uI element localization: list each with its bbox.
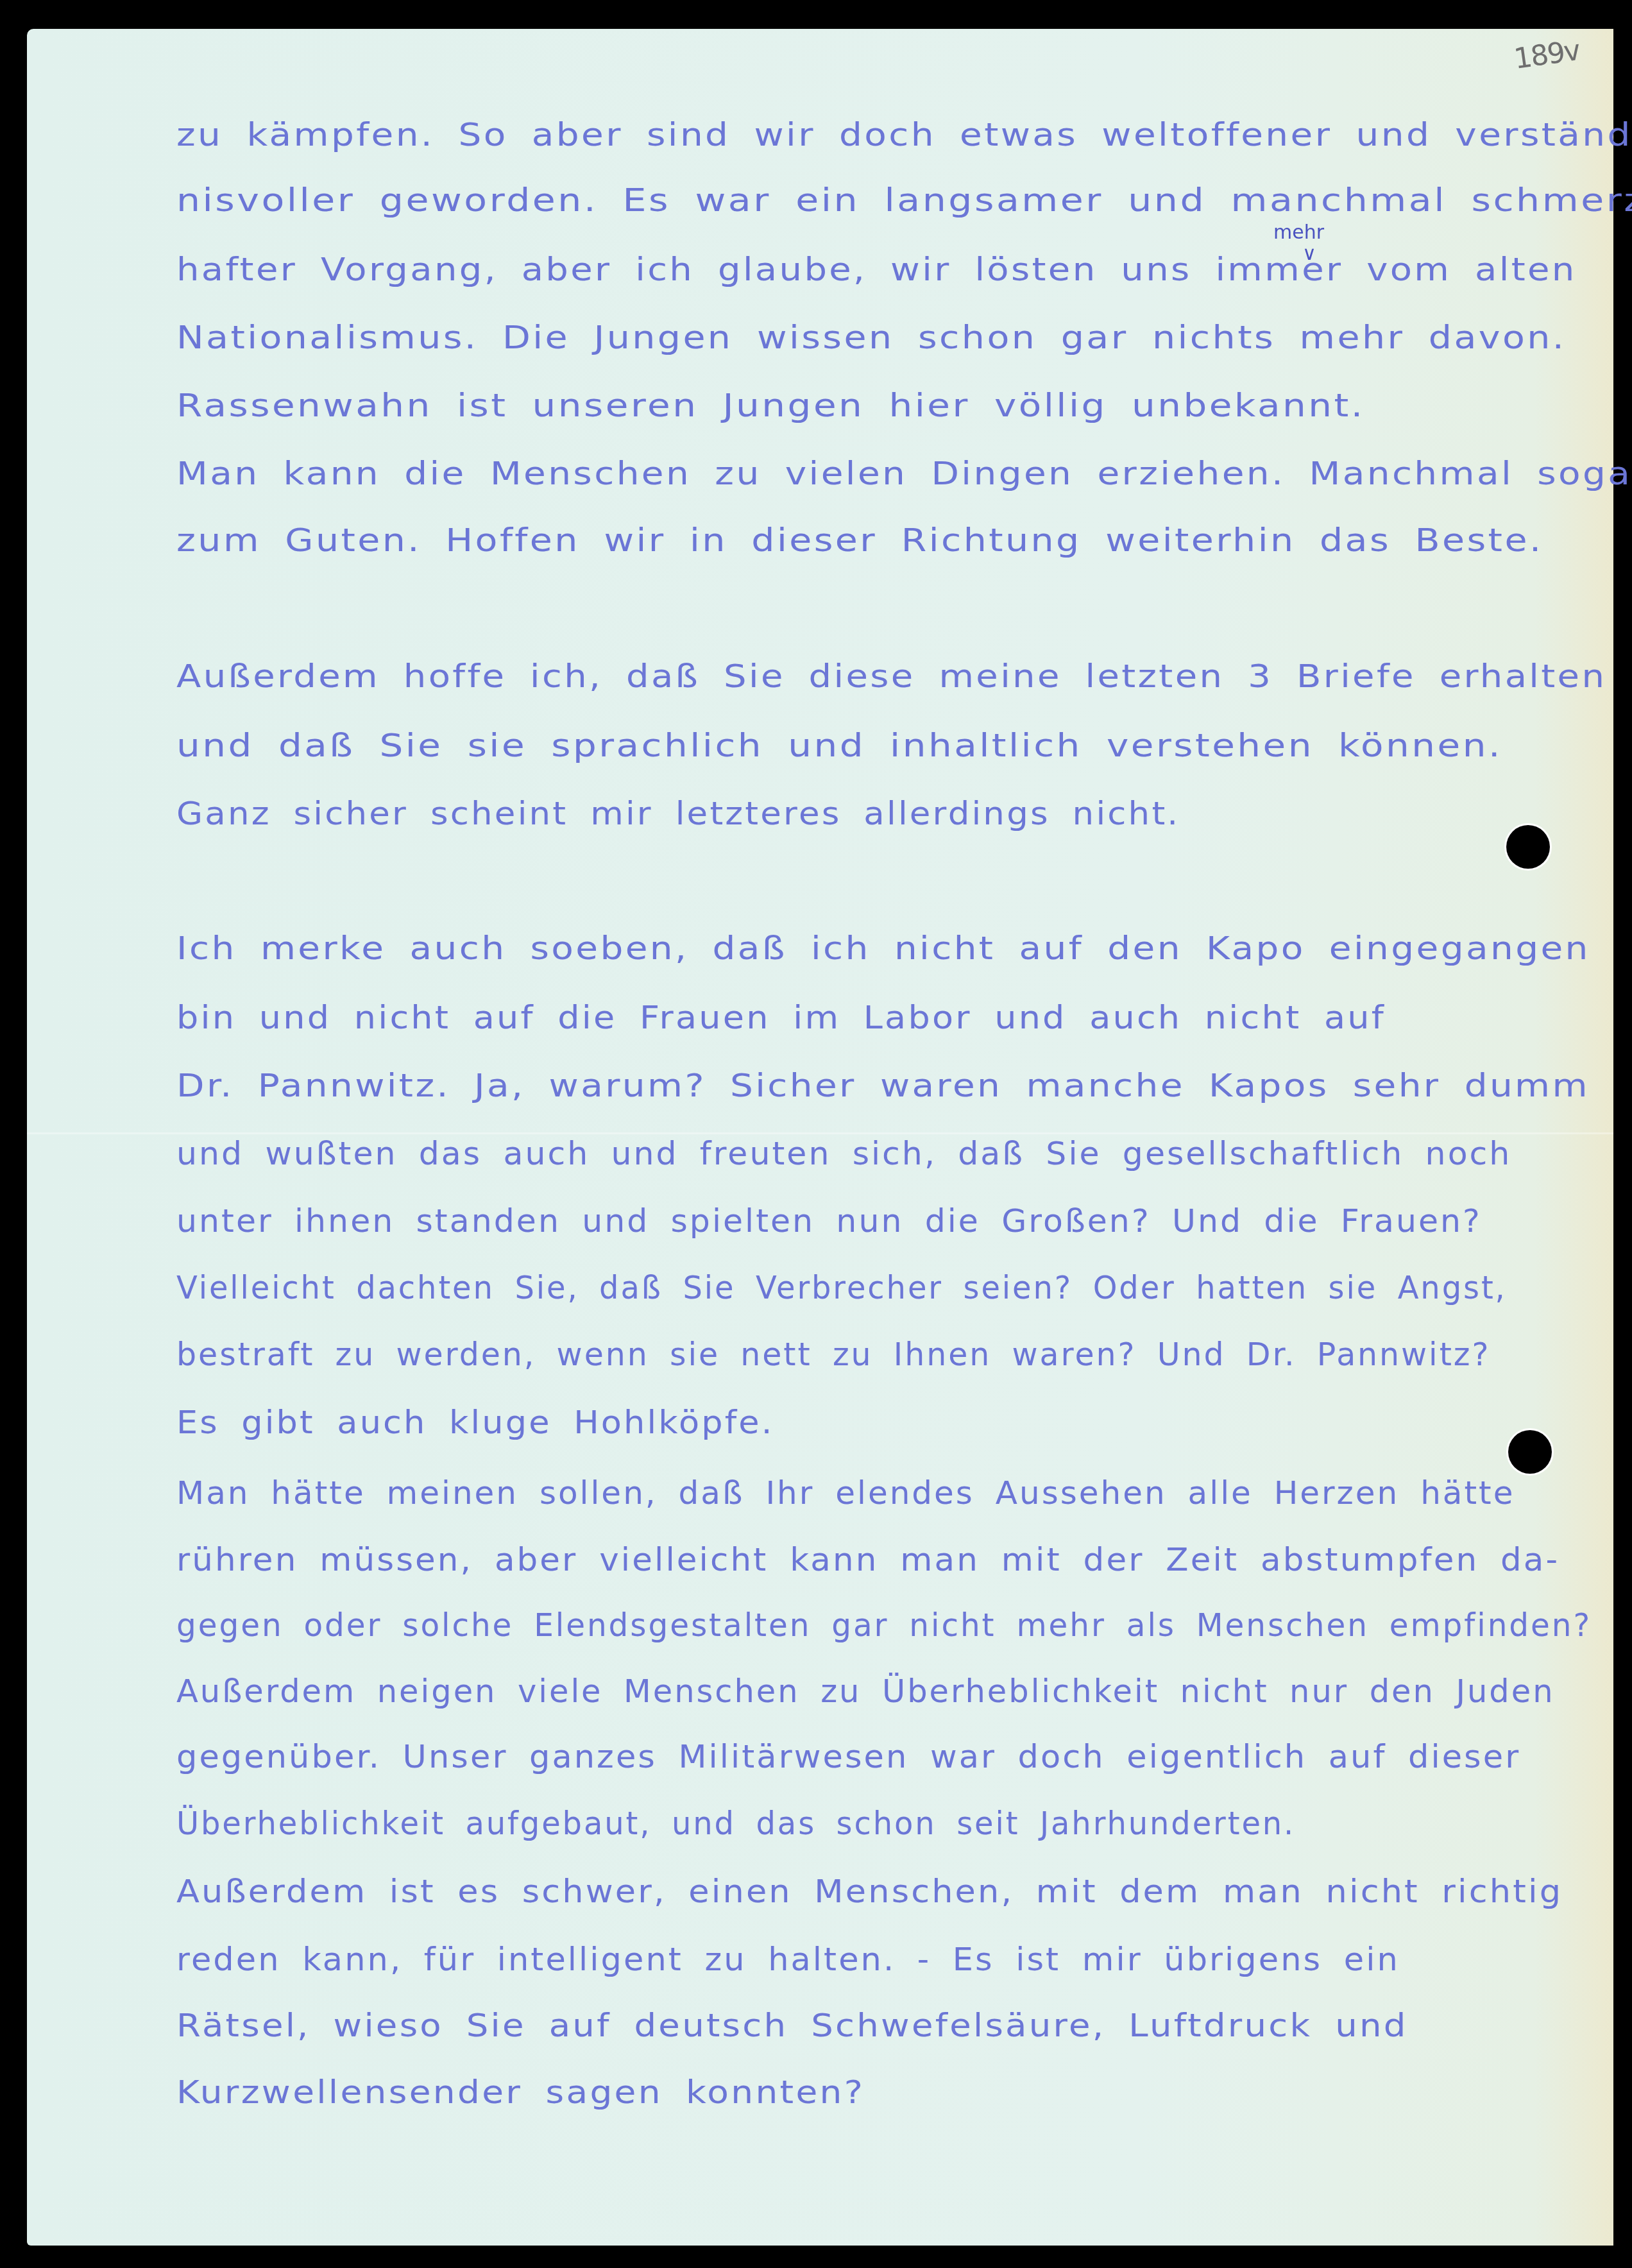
text-line: Man kann die Menschen zu vielen Dingen e…	[176, 454, 1632, 493]
text-line: Kurzwellensender sagen konnten?	[176, 2073, 865, 2111]
text-line: Außerdem ist es schwer, einen Menschen, …	[176, 1872, 1563, 1911]
text-line: Ich merke auch soeben, daß ich nicht auf…	[176, 929, 1590, 968]
inserted-word: mehr	[1273, 221, 1324, 244]
text-line: Es gibt auch kluge Hohlköpfe.	[176, 1403, 774, 1442]
text-line: Ganz sicher scheint mir letzteres allerd…	[176, 794, 1180, 833]
punch-hole-bottom	[1508, 1430, 1552, 1474]
text-line: rühren müssen, aber vielleicht kann man …	[176, 1540, 1560, 1579]
text-line: Außerdem neigen viele Menschen zu Überhe…	[176, 1672, 1554, 1710]
text-line: Nationalismus. Die Jungen wissen schon g…	[176, 318, 1566, 357]
text-line: Man hätte meinen sollen, daß Ihr elendes…	[176, 1474, 1515, 1512]
text-line: und wußten das auch und freuten sich, da…	[176, 1134, 1511, 1173]
text-line: unter ihnen standen und spielten nun die…	[176, 1202, 1482, 1240]
text-line: reden kann, für intelligent zu halten. -…	[176, 1940, 1400, 1979]
text-line: Vielleicht dachten Sie, daß Sie Verbrech…	[176, 1268, 1507, 1307]
text-line: Rassenwahn ist unseren Jungen hier völli…	[176, 386, 1365, 425]
text-line: Überheblichkeit aufgebaut, und das schon…	[176, 1804, 1295, 1843]
text-line: zum Guten. Hoffen wir in dieser Richtung…	[176, 521, 1543, 559]
text-line: nisvoller geworden. Es war ein langsamer…	[176, 181, 1632, 219]
text-line: Dr. Pannwitz. Ja, warum? Sicher waren ma…	[176, 1066, 1590, 1105]
text-line: bin und nicht auf die Frauen im Labor un…	[176, 998, 1386, 1037]
punch-hole-top	[1506, 825, 1550, 869]
text-line: und daß Sie sie sprachlich und inhaltlic…	[176, 726, 1502, 765]
text-line: Rätsel, wieso Sie auf deutsch Schwefelsä…	[176, 2006, 1408, 2045]
text-line: hafter Vorgang, aber ich glaube, wir lös…	[176, 250, 1577, 289]
text-line: gegen oder solche Elendsgestalten gar ni…	[176, 1606, 1592, 1644]
text-line: Außerdem hoffe ich, daß Sie diese meine …	[176, 657, 1606, 695]
text-line: zu kämpfen. So aber sind wir doch etwas …	[176, 115, 1632, 154]
text-line: gegenüber. Unser ganzes Militärwesen war…	[176, 1737, 1520, 1776]
text-line: bestraft zu werden, wenn sie nett zu Ihn…	[176, 1335, 1490, 1374]
